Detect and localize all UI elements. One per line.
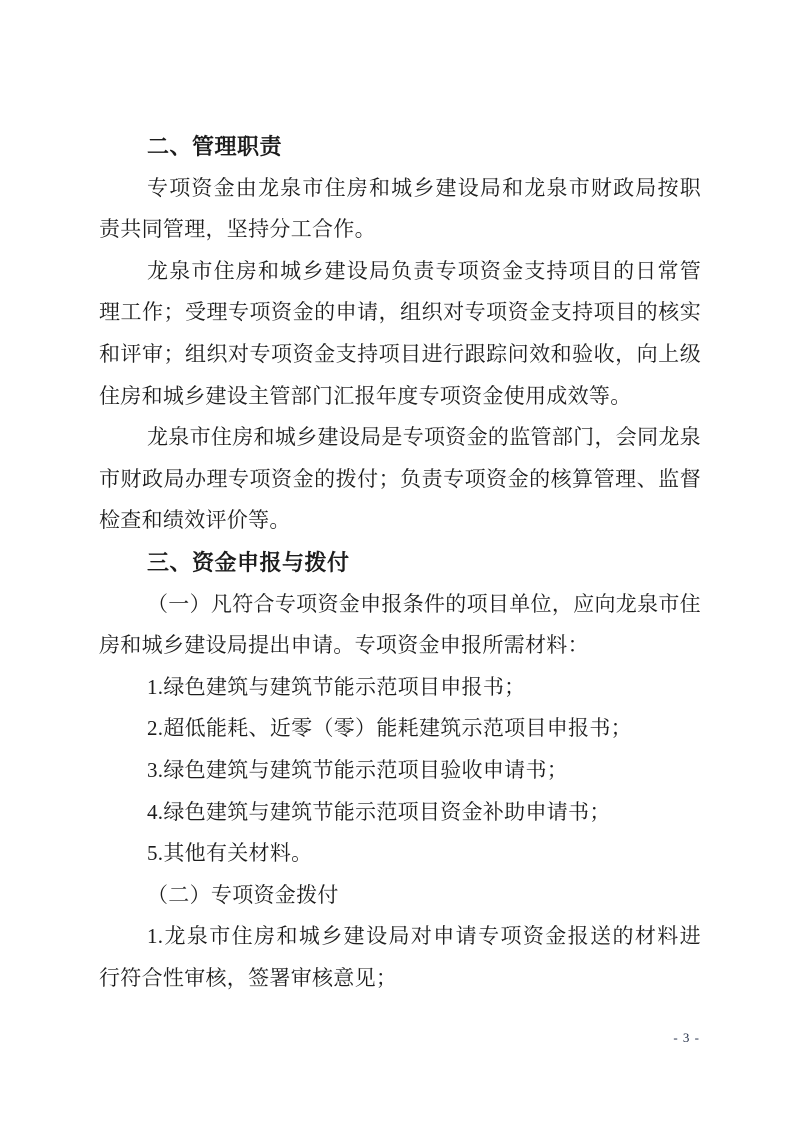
heading-text: 二、管理职责 (99, 126, 701, 168)
paragraph-application-conditions: （一）凡符合专项资金申报条件的项目单位，应向龙泉市住 房和城乡建设局提出申请。专… (99, 584, 701, 667)
material-item-3: 3.绿色建筑与建筑节能示范项目验收申请书； (99, 750, 701, 792)
list-item-text: 3.绿色建筑与建筑节能示范项目验收申请书； (99, 750, 701, 792)
paragraph-line: （一）凡符合专项资金申报条件的项目单位，应向龙泉市住 (99, 584, 701, 626)
paragraph-line: 责共同管理，坚持分工合作。 (99, 209, 701, 251)
subheading-fund-disbursement: （二）专项资金拨付 (99, 875, 701, 917)
material-item-5: 5.其他有关材料。 (99, 833, 701, 875)
section-heading-management-duties: 二、管理职责 (99, 126, 701, 168)
paragraph-line: 房和城乡建设局提出申请。专项资金申报所需材料： (99, 625, 701, 667)
paragraph-line: 理工作；受理专项资金的申请，组织对专项资金支持项目的核实 (99, 292, 701, 334)
paragraph-line: 市财政局办理专项资金的拨付；负责专项资金的核算管理、监督 (99, 459, 701, 501)
paragraph-bureau-daily-management: 龙泉市住房和城乡建设局负责专项资金支持项目的日常管 理工作；受理专项资金的申请，… (99, 251, 701, 417)
paragraph-supervision-department: 龙泉市住房和城乡建设局是专项资金的监管部门，会同龙泉 市财政局办理专项资金的拨付… (99, 417, 701, 542)
list-item-text: 2.超低能耗、近零（零）能耗建筑示范项目申报书； (99, 708, 701, 750)
list-item-text: 4.绿色建筑与建筑节能示范项目资金补助申请书； (99, 792, 701, 834)
document-body: 二、管理职责 专项资金由龙泉市住房和城乡建设局和龙泉市财政局按职 责共同管理，坚… (99, 126, 701, 999)
paragraph-line: 和评审；组织对专项资金支持项目进行跟踪问效和验收，向上级 (99, 334, 701, 376)
list-item-text: 5.其他有关材料。 (99, 833, 701, 875)
list-item-text: 1.绿色建筑与建筑节能示范项目申报书； (99, 667, 701, 709)
paragraph-line: 龙泉市住房和城乡建设局负责专项资金支持项目的日常管 (99, 251, 701, 293)
paragraph-line: 检查和绩效评价等。 (99, 500, 701, 542)
document-page: 二、管理职责 专项资金由龙泉市住房和城乡建设局和龙泉市财政局按职 责共同管理，坚… (0, 0, 794, 1123)
paragraph-line: 住房和城乡建设主管部门汇报年度专项资金使用成效等。 (99, 376, 701, 418)
paragraph-line: 1.龙泉市住房和城乡建设局对申请专项资金报送的材料进 (99, 916, 701, 958)
paragraph-line: （二）专项资金拨付 (99, 875, 701, 917)
paragraph-line: 专项资金由龙泉市住房和城乡建设局和龙泉市财政局按职 (99, 168, 701, 210)
paragraph-compliance-review: 1.龙泉市住房和城乡建设局对申请专项资金报送的材料进 行符合性审核，签署审核意见… (99, 916, 701, 999)
material-item-1: 1.绿色建筑与建筑节能示范项目申报书； (99, 667, 701, 709)
section-heading-fund-application: 三、资金申报与拨付 (99, 542, 701, 584)
material-item-2: 2.超低能耗、近零（零）能耗建筑示范项目申报书； (99, 708, 701, 750)
paragraph-line: 行符合性审核，签署审核意见； (99, 958, 701, 1000)
material-item-4: 4.绿色建筑与建筑节能示范项目资金补助申请书； (99, 792, 701, 834)
paragraph-line: 龙泉市住房和城乡建设局是专项资金的监管部门，会同龙泉 (99, 417, 701, 459)
heading-text: 三、资金申报与拨付 (99, 542, 701, 584)
paragraph-joint-management: 专项资金由龙泉市住房和城乡建设局和龙泉市财政局按职 责共同管理，坚持分工合作。 (99, 168, 701, 251)
page-number: - 3 - (673, 1030, 700, 1046)
